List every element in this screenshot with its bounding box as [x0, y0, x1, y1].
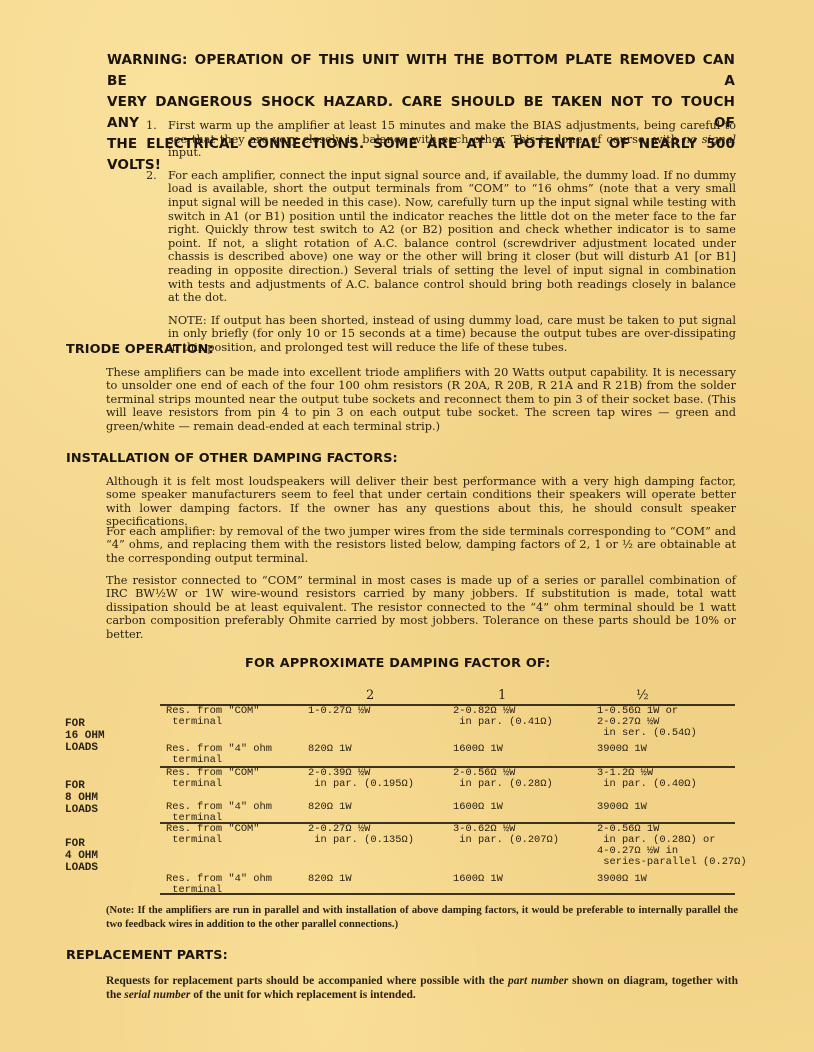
column-header: 1 [498, 688, 506, 703]
replacement-text: Requests for replacement parts should be… [106, 974, 738, 1002]
shorted-output-note: NOTE: If output has been shorted, instea… [146, 314, 736, 355]
manual-page: WARNING: OPERATION OF THIS UNIT WITH THE… [0, 0, 814, 1052]
column-header: 2 [366, 688, 374, 703]
replacement-text-part: of the unit for which replacement is int… [190, 989, 415, 1001]
step-emphasis: no signal [683, 133, 736, 146]
column-header: ½ [636, 688, 649, 703]
row-label: Res. from "COM" terminal [166, 768, 260, 790]
step-text: input. [168, 146, 202, 159]
table-cell: 2-0.27Ω ½W in par. (0.135Ω) [308, 824, 414, 846]
damping-paragraph: For each amplifier: by removal of the tw… [106, 525, 736, 565]
table-cell: 820Ω 1W [308, 744, 352, 755]
damping-paragraph: Although it is felt most loudspeakers wi… [106, 475, 736, 529]
table-cell: 820Ω 1W [308, 802, 352, 813]
table-cell: 3900Ω 1W [597, 874, 647, 885]
step-2: 2. For each amplifier, connect the input… [146, 169, 736, 305]
serial-number-emphasis: serial number [124, 989, 190, 1001]
table-cell: 1-0.56Ω 1W or 2-0.27Ω ½W in ser. (0.54Ω) [597, 706, 697, 739]
table-cell: 2-0.56Ω 1W in par. (0.28Ω) or 4-0.27Ω ½W… [597, 824, 747, 868]
table-cell: 2-0.39Ω ½W in par. (0.195Ω) [308, 768, 414, 790]
table-cell: 3900Ω 1W [597, 744, 647, 755]
table-title: FOR APPROXIMATE DAMPING FACTOR OF: [245, 656, 550, 671]
triode-heading: TRIODE OPERATION: [66, 342, 214, 357]
parallel-note: (Note: If the amplifiers are run in para… [106, 904, 738, 931]
replacement-heading: REPLACEMENT PARTS: [66, 948, 228, 963]
load-group-label: FOR 8 OHM LOADS [65, 780, 98, 816]
replacement-text-part: Requests for replacement parts should be… [106, 975, 508, 987]
triode-text: These amplifiers can be made into excell… [106, 366, 736, 433]
load-group-label: FOR 16 OHM LOADS [65, 718, 105, 754]
step-number: 2. [146, 169, 157, 183]
row-label: Res. from "4" ohm terminal [166, 744, 272, 766]
step-number: 1. [146, 119, 157, 133]
step-1: 1. First warm up the amplifier at least … [146, 119, 736, 160]
procedure-steps: 1. First warm up the amplifier at least … [146, 119, 736, 355]
table-cell: 820Ω 1W [308, 874, 352, 885]
table-cell: 1600Ω 1W [453, 802, 503, 813]
load-group-label: FOR 4 OHM LOADS [65, 838, 98, 874]
warning-line: WARNING: OPERATION OF THIS UNIT WITH THE… [107, 50, 735, 92]
table-cell: 1600Ω 1W [453, 744, 503, 755]
damping-heading: INSTALLATION OF OTHER DAMPING FACTORS: [66, 451, 398, 466]
table-cell: 3-0.62Ω ½W in par. (0.207Ω) [453, 824, 559, 846]
step-text: First warm up the amplifier at least 15 … [168, 119, 736, 146]
step-text: For each amplifier, connect the input si… [168, 169, 736, 304]
table-cell: 2-0.82Ω ½W in par. (0.41Ω) [453, 706, 553, 728]
row-label: Res. from "4" ohm terminal [166, 802, 272, 824]
table-cell: 2-0.56Ω ½W in par. (0.28Ω) [453, 768, 553, 790]
row-label: Res. from "4" ohm terminal [166, 874, 272, 896]
table-cell: 1-0.27Ω ½W [308, 706, 370, 717]
damping-paragraph: The resistor connected to “COM” terminal… [106, 574, 736, 641]
row-label: Res. from "COM" terminal [166, 706, 260, 728]
part-number-emphasis: part number [508, 975, 568, 987]
row-label: Res. from "COM" terminal [166, 824, 260, 846]
table-cell: 1600Ω 1W [453, 874, 503, 885]
table-cell: 3-1.2Ω ½W in par. (0.40Ω) [597, 768, 697, 790]
table-cell: 3900Ω 1W [597, 802, 647, 813]
